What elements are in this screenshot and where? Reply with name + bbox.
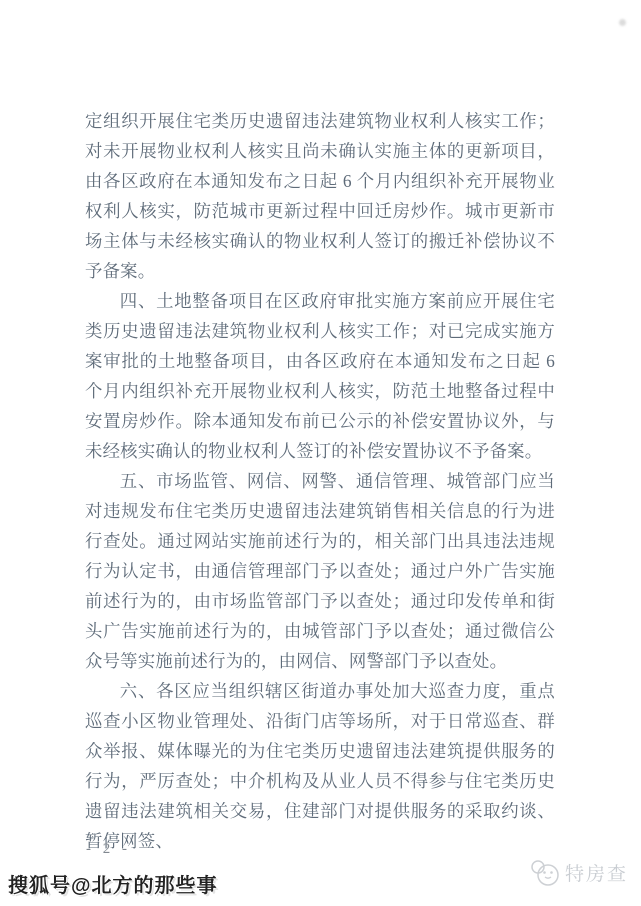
body-paragraph: 四、土地整备项目在区政府审批实施方案前应开展住宅类历史遗留违法建筑物业权利人核实…	[85, 286, 555, 466]
body-paragraph: 五、市场监管、网信、网警、通信管理、城管部门应当对违规发布住宅类历史遗留违法建筑…	[85, 466, 555, 676]
document-body: 定组织开展住宅类历史遗留违法建筑物业权利人核实工作；对未开展物业权利人核实且尚未…	[85, 106, 555, 856]
body-paragraph: 六、各区应当组织辖区街道办事处加大巡查力度，重点巡查小区物业管理处、沿街门店等场…	[85, 676, 555, 856]
tefangcha-logo-icon	[528, 856, 562, 888]
scanned-document-page: 定组织开展住宅类历史遗留违法建筑物业权利人核实工作；对未开展物业权利人核实且尚未…	[0, 0, 641, 906]
scan-artifact	[619, 19, 626, 26]
sohu-watermark: 搜狐号@北方的那些事	[8, 869, 218, 898]
page-number: - 2 -	[86, 841, 131, 858]
body-paragraph: 定组织开展住宅类历史遗留违法建筑物业权利人核实工作；对未开展物业权利人核实且尚未…	[85, 106, 555, 286]
tefangcha-watermark-label: 特房查	[565, 859, 628, 886]
tefangcha-watermark: 特房查	[528, 856, 628, 888]
